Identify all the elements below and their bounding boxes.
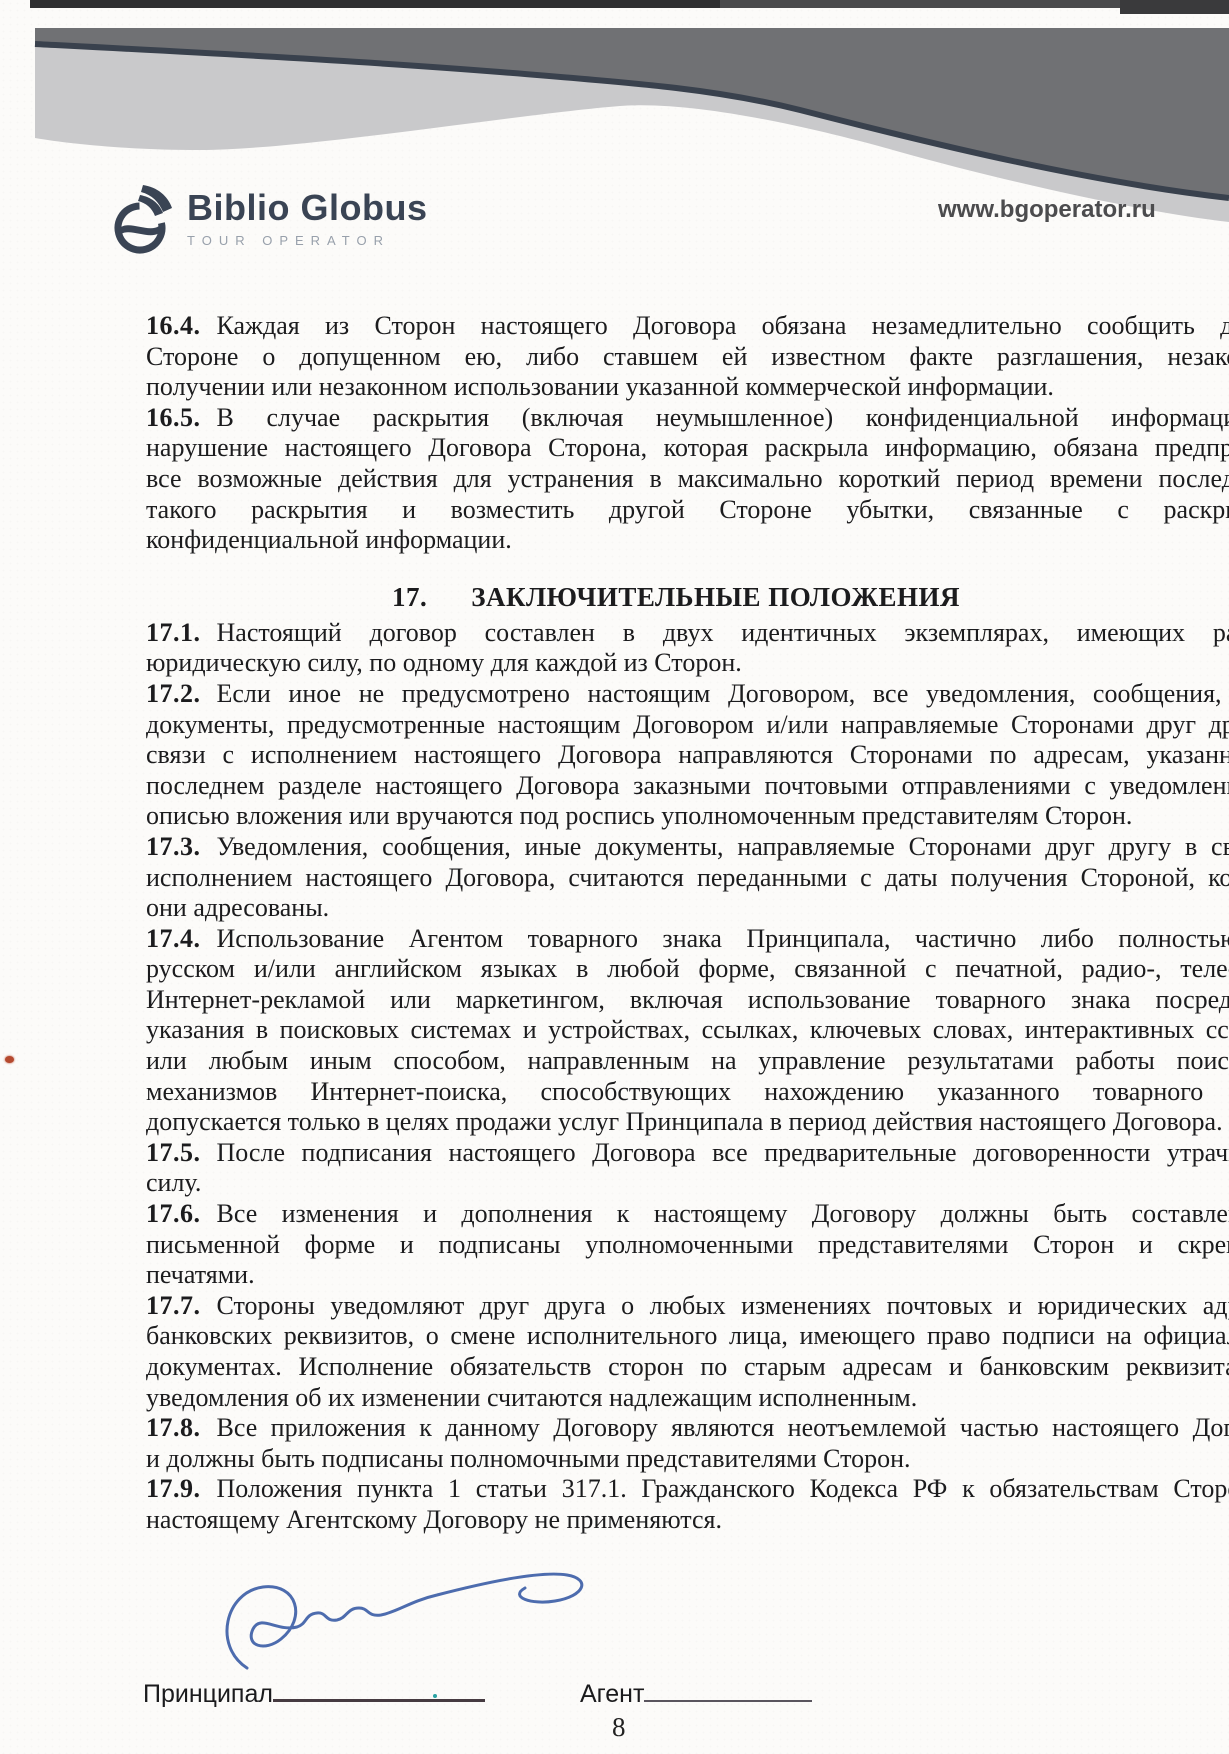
website-url: www.bgoperator.ru [938,196,1128,224]
section-heading-title: ЗАКЛЮЧИТЕЛЬНЫЕ ПОЛОЖЕНИЯ [471,582,960,612]
clause-number: 17.4. [146,924,201,953]
page-number: 8 [612,1712,626,1743]
text-line: 17.3.Уведомления, сообщения, иные докуме… [146,832,1229,863]
text-line: такого раскрытия и возместить другой Сто… [146,495,1229,526]
paragraph-176: 17.6.Все изменения и дополнения к настоя… [146,1199,1229,1291]
text-line: все возможные действия для устранения в … [146,464,1229,495]
text-line: последнем разделе настоящего Договора за… [146,771,1229,802]
text-line: получении или незаконном использовании у… [146,372,1229,403]
clause-number: 16.4. [146,311,201,340]
text-line: письменной форме и подписаны уполномочен… [146,1230,1229,1261]
text-line: Стороне о допущенном ею, либо ставшем ей… [146,342,1229,373]
clause-number: 17.5. [146,1138,201,1167]
biblio-globus-logo-icon [113,183,175,257]
text-line: 17.4.Использование Агентом товарного зна… [146,924,1229,955]
text-line: исполнением настоящего Договора, считают… [146,863,1229,894]
text-line: печатями. [146,1260,1229,1291]
text-line: 17.1.Настоящий договор составлен в двух … [146,618,1229,649]
text-line: 16.4.Каждая из Сторон настоящего Договор… [146,311,1229,342]
text-line: 16.5.В случае раскрытия (включая неумышл… [146,403,1229,434]
paragraph-177: 17.7.Стороны уведомляют друг друга о люб… [146,1291,1229,1413]
text-line: Интернет-рекламой или маркетингом, включ… [146,985,1229,1016]
clause-number: 17.2. [146,679,201,708]
handwritten-signature [205,1556,635,1681]
text-line: документы, предусмотренные настоящим Дог… [146,710,1229,741]
paragraph-171: 17.1.Настоящий договор составлен в двух … [146,618,1229,679]
text-line: нарушение настоящего Договора Сторона, к… [146,433,1229,464]
text-line: описью вложения или вручаются под роспис… [146,801,1229,832]
agent-signature-block: Агент [580,1680,812,1709]
paragraph-165: 16.5.В случае раскрытия (включая неумышл… [146,403,1229,556]
biblio-globus-logo: Biblio Globus TOUR OPERATOR [113,183,427,257]
text-line: допускается только в целях продажи услуг… [146,1107,1229,1138]
paragraph-164: 16.4.Каждая из Сторон настоящего Договор… [146,311,1229,403]
text-line: связи с исполнением настоящего Договора … [146,740,1229,771]
text-line: 17.9.Положения пункта 1 статьи 317.1. Гр… [146,1474,1229,1505]
text-line: документах. Исполнение обязательств стор… [146,1352,1229,1383]
paragraph-174: 17.4.Использование Агентом товарного зна… [146,924,1229,1138]
paragraph-173: 17.3.Уведомления, сообщения, иные докуме… [146,832,1229,924]
clause-number: 17.8. [146,1413,201,1442]
agent-label: Агент [580,1680,644,1708]
paragraph-172: 17.2.Если иное не предусмотрено настоящи… [146,679,1229,832]
clause-number: 17.3. [146,832,201,861]
principal-signature-line [273,1695,485,1702]
scan-artifact-dot [5,1056,14,1063]
clause-number: 17.9. [146,1474,201,1503]
text-line: механизмов Интернет-поиска, способствующ… [146,1077,1229,1108]
clause-number: 17.1. [146,618,201,647]
text-line: уведомления об их изменении считаются на… [146,1383,1229,1414]
document-body: 16.4.Каждая из Сторон настоящего Договор… [146,311,1229,1536]
text-line: юридическую силу, по одному для каждой и… [146,648,1229,679]
clause-number: 17.6. [146,1199,201,1228]
paragraph-175: 17.5.После подписания настоящего Договор… [146,1138,1229,1199]
text-line: силу. [146,1168,1229,1199]
text-line: они адресованы. [146,893,1229,924]
agent-signature-line [644,1696,812,1702]
section-heading: 17.ЗАКЛЮЧИТЕЛЬНЫЕ ПОЛОЖЕНИЯ [146,582,1206,612]
scanned-contract-page: Biblio Globus TOUR OPERATOR www.bgoperat… [0,0,1229,1754]
logo-title: Biblio Globus [187,189,427,227]
text-line: 17.6.Все изменения и дополнения к настоя… [146,1199,1229,1230]
text-line: настоящему Агентскому Договору не примен… [146,1505,1229,1536]
clause-number: 17.7. [146,1291,201,1320]
text-line: или любым иным способом, направленным на… [146,1046,1229,1077]
text-line: 17.7.Стороны уведомляют друг друга о люб… [146,1291,1229,1322]
text-line: 17.2.Если иное не предусмотрено настоящи… [146,679,1229,710]
text-line: 17.8.Все приложения к данному Договору я… [146,1413,1229,1444]
text-line: банковских реквизитов, о смене исполните… [146,1321,1229,1352]
clause-number: 16.5. [146,403,201,432]
section-heading-number: 17. [392,582,427,612]
text-line: 17.5.После подписания настоящего Договор… [146,1138,1229,1169]
paragraph-179: 17.9.Положения пункта 1 статьи 317.1. Гр… [146,1474,1229,1535]
principal-label: Принципал [143,1680,273,1708]
logo-subtitle: TOUR OPERATOR [187,233,427,248]
text-line: указания в поисковых системах и устройст… [146,1015,1229,1046]
text-line: конфиденциальной информации. [146,525,1229,556]
text-line: русском и/или английском языках в любой … [146,954,1229,985]
text-line: и должны быть подписаны полномочными пре… [146,1444,1229,1475]
paragraph-178: 17.8.Все приложения к данному Договору я… [146,1413,1229,1474]
principal-signature-block: Принципал [143,1680,485,1709]
